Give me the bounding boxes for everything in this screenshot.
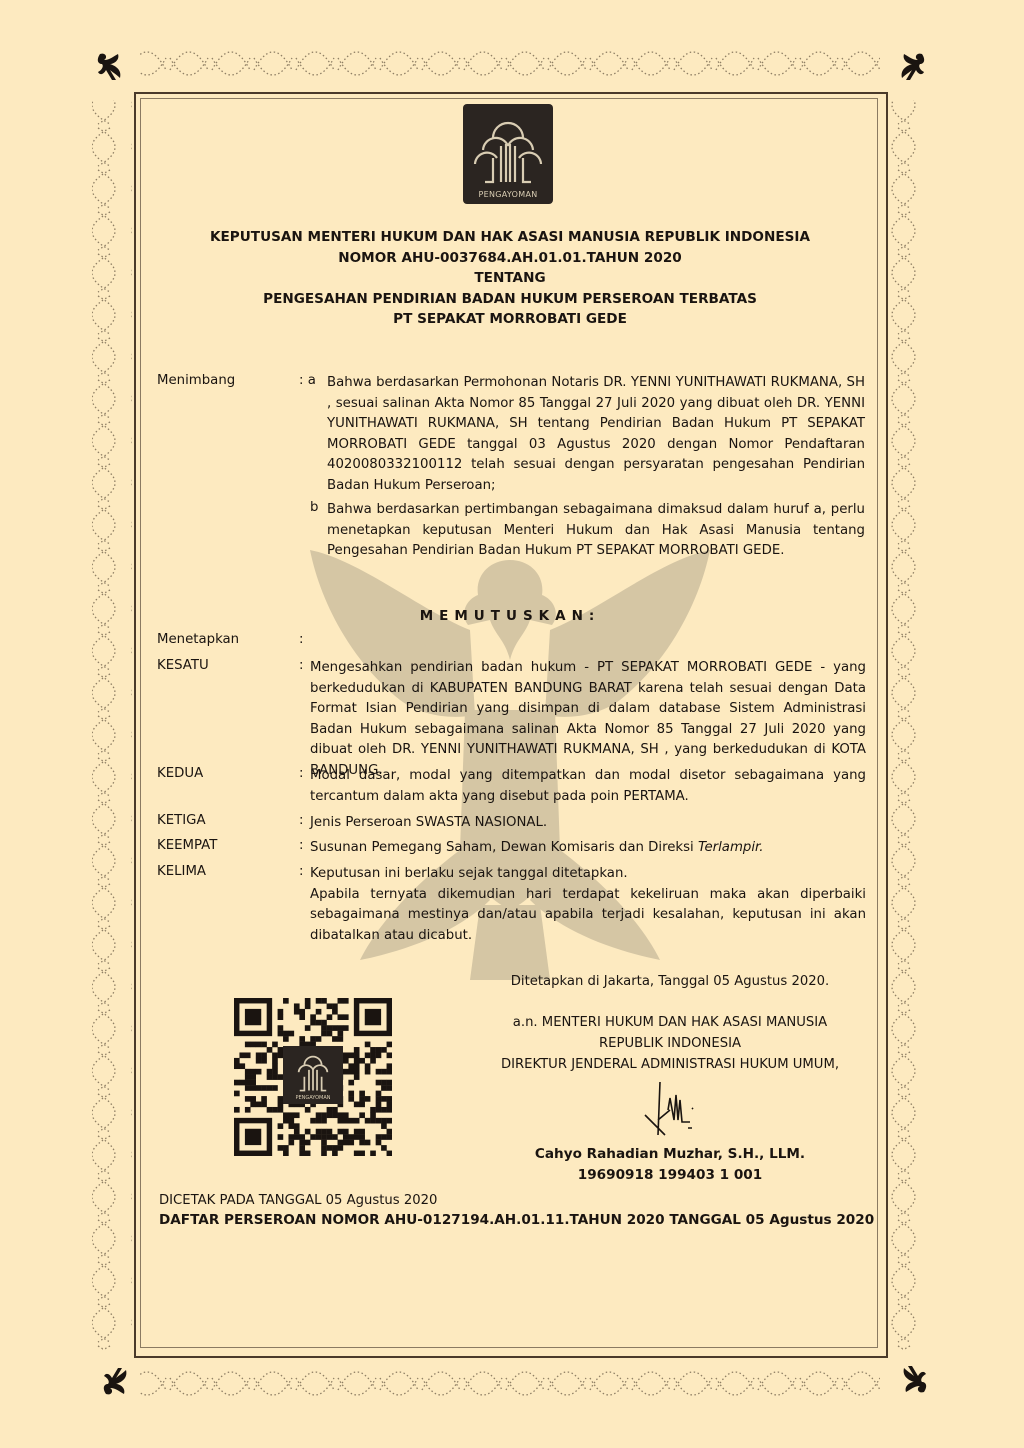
qr-center-logo: PENGAYOMAN <box>283 1046 343 1104</box>
menimbang-marker-b: b <box>310 500 318 515</box>
decree-number: NOMOR AHU-0037684.AH.01.01.TAHUN 2020 <box>150 248 870 269</box>
signatory-block: a.n. MENTERI HUKUM DAN HAK ASASI MANUSIA… <box>480 1012 860 1075</box>
signatory-nip: 19690918 199403 1 001 <box>480 1165 860 1186</box>
menimbang-item-b: Bahwa berdasarkan pertimbangan sebagaima… <box>327 500 865 562</box>
company-name: PT SEPAKAT MORROBATI GEDE <box>150 309 870 330</box>
signatory-position: DIREKTUR JENDERAL ADMINISTRASI HUKUM UMU… <box>480 1054 860 1075</box>
decision-text-keempat: Susunan Pemegang Saham, Dewan Komisaris … <box>310 838 866 859</box>
menetapkan-colon: : <box>299 632 303 647</box>
decree-about: TENTANG <box>150 268 870 289</box>
decision-colon: : <box>299 813 303 828</box>
decree-title: KEPUTUSAN MENTERI HUKUM DAN HAK ASASI MA… <box>150 227 870 248</box>
pengayoman-tree-icon <box>463 108 553 188</box>
decision-colon: : <box>299 658 303 673</box>
signature-icon <box>640 1080 700 1140</box>
decree-heading: KEPUTUSAN MENTERI HUKUM DAN HAK ASASI MA… <box>150 227 870 330</box>
decision-label-kelima: KELIMA <box>157 864 206 879</box>
qr-logo-label: PENGAYOMAN <box>283 1095 343 1101</box>
decision-label-kesatu: KESATU <box>157 658 209 673</box>
corner-ornament-icon <box>100 1364 134 1398</box>
decision-text: Susunan Pemegang Saham, Dewan Komisaris … <box>310 840 694 855</box>
signatory-name-block: Cahyo Rahadian Muzhar, S.H., LLM. 196909… <box>480 1144 860 1186</box>
corner-ornament-icon <box>894 50 928 84</box>
menimbang-label: Menimbang <box>157 373 235 388</box>
decision-label-kedua: KEDUA <box>157 766 203 781</box>
corner-ornament-icon <box>94 50 128 84</box>
menimbang-item-a: Bahwa berdasarkan Permohonan Notaris DR.… <box>327 373 865 497</box>
corner-ornament-icon <box>896 1362 930 1396</box>
decision-text-kedua: Modal dasar, modal yang ditempatkan dan … <box>310 766 866 807</box>
registry-number: DAFTAR PERSEROAN NOMOR AHU-0127194.AH.01… <box>159 1212 874 1228</box>
decision-text-kesatu: Mengesahkan pendirian badan hukum - PT S… <box>310 658 866 782</box>
signatory-name: Cahyo Rahadian Muzhar, S.H., LLM. <box>480 1144 860 1165</box>
pengayoman-tree-icon <box>283 1048 343 1094</box>
decision-text-kelima-2: Apabila ternyata dikemudian hari terdapa… <box>310 885 866 947</box>
printed-date: DICETAK PADA TANGGAL 05 Agustus 2020 <box>159 1193 437 1208</box>
on-behalf: a.n. MENTERI HUKUM DAN HAK ASASI MANUSIA <box>480 1012 860 1033</box>
decision-colon: : <box>299 838 303 853</box>
decision-colon: : <box>299 766 303 781</box>
decision-label-keempat: KEEMPAT <box>157 838 217 853</box>
decree-subject: PENGESAHAN PENDIRIAN BADAN HUKUM PERSERO… <box>150 289 870 310</box>
logo-label: PENGAYOMAN <box>463 190 553 199</box>
pengayoman-logo: PENGAYOMAN <box>463 104 553 204</box>
menimbang-marker-a: : a <box>299 373 316 388</box>
menetapkan-label: Menetapkan <box>157 632 239 647</box>
decision-label-ketiga: KETIGA <box>157 813 206 828</box>
decision-text-kelima-1: Keputusan ini berlaku sejak tanggal dite… <box>310 864 866 885</box>
decision-text-ketiga: Jenis Perseroan SWASTA NASIONAL. <box>310 813 866 834</box>
decision-italic: Terlampir. <box>698 840 764 855</box>
country: REPUBLIK INDONESIA <box>480 1033 860 1054</box>
decision-text-kelima: Keputusan ini berlaku sejak tanggal dite… <box>310 864 866 946</box>
decision-colon: : <box>299 864 303 879</box>
place-date: Ditetapkan di Jakarta, Tanggal 05 Agustu… <box>480 971 860 992</box>
memutuskan-heading: MEMUTUSKAN: <box>150 608 870 624</box>
